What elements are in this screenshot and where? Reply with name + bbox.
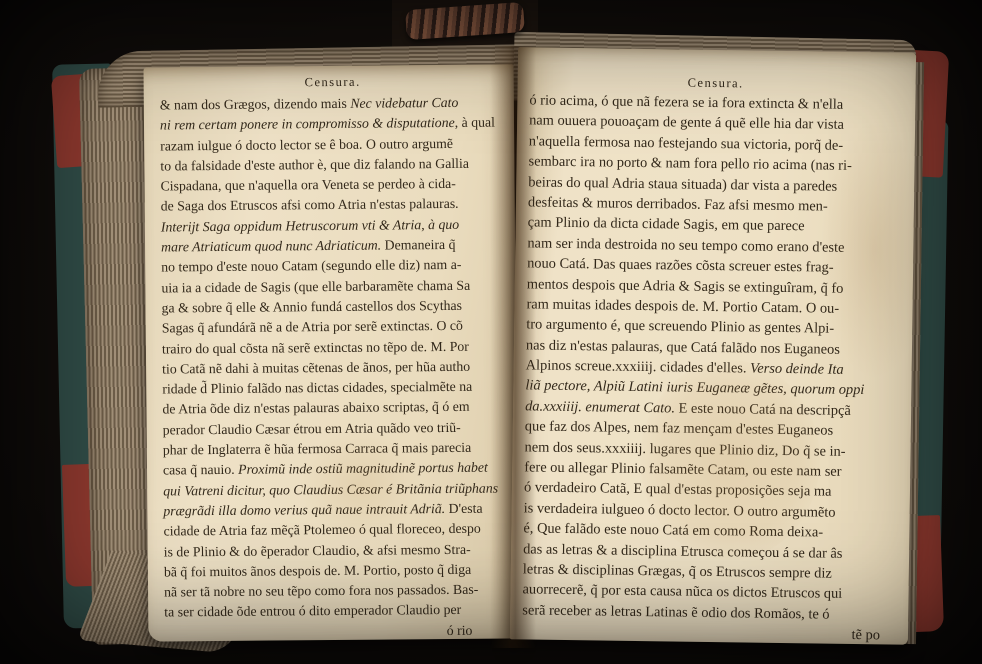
left-page-lines: & nam dos Grægos, dizendo mais Nec videb…: [160, 92, 511, 623]
text-segment: Sagas q̃ afundárã nẽ a de Atria por serẽ…: [162, 318, 463, 336]
text-segment: de Saga dos Etruscos afsi como Atria n'e…: [161, 196, 459, 214]
latin-quote-segment: mare Atriaticum quod nunc Adriaticum.: [161, 238, 381, 255]
text-segment: tro argumento é, que screuendo Plinio as…: [526, 317, 834, 337]
text-segment: to da falsidade d'este author è, que diz…: [160, 156, 469, 174]
text-segment: is verdadeira iulgueo ó docto lector. O …: [524, 500, 836, 520]
latin-quote-segment: liã pectore, Alpiũ Latini iuris Euganeæ …: [525, 378, 864, 399]
text-segment: ridade d̃ Plinio falãdo nas dictas cidad…: [162, 379, 472, 397]
text-segment: D'esta: [445, 501, 482, 516]
latin-quote-segment: ni rem certam ponere in compromisso & di…: [160, 115, 455, 133]
text-segment: serã receber as letras Latinas ẽ odio do…: [522, 602, 829, 622]
text-line: ni rem certam ponere in compromisso & di…: [160, 113, 506, 136]
book-photo-scene: Censura. & nam dos Grægos, dizendo mais …: [0, 0, 982, 664]
text-segment: casa q̃ nauio.: [163, 462, 238, 478]
text-segment: fere ou allegar Plinio falsamẽte Catam, …: [524, 459, 841, 479]
text-segment: bã q̃ foi muitos ãnos despois de. M. Por…: [164, 562, 471, 580]
running-header-left: Censura.: [160, 72, 506, 91]
latin-quote-segment: Proximũ inde ostiũ magnitudinẽ portus ha…: [238, 460, 488, 477]
text-line: cidade de Atria faz mẽçã Ptolemeo ó qual…: [163, 519, 509, 542]
text-segment: letras & disciplinas Grægas, q̃ os Etrus…: [523, 561, 832, 581]
text-segment: uia ia a cidade de Sagis (que elle barba…: [161, 277, 470, 295]
latin-quote-segment: prægrãdi illa domo verius quã naue intra…: [163, 501, 445, 518]
text-segment: E este nouo Catá na descripçã: [675, 400, 851, 418]
right-page: Censura. ó rio acima, ó que nã fezera se…: [510, 47, 916, 644]
text-segment: perador Claudio Cæsar étrou em Atria quã…: [163, 420, 461, 438]
text-segment: nam ser inda destroida no seu tempo como…: [527, 235, 844, 255]
text-segment: Cispadana, que n'aquella ora Veneta se p…: [160, 176, 455, 194]
latin-quote-segment: qui Vatreni dicitur, quo Claudius Cæsar …: [163, 480, 498, 498]
text-segment: is de Plinio & do ẽperador Claudio, & af…: [164, 541, 471, 559]
text-segment: razam iulgue ó docto lector se ê boa. O …: [160, 136, 453, 154]
text-segment: das as letras & a disciplina Etrusca com…: [523, 541, 842, 561]
left-page: Censura. & nam dos Grægos, dizendo mais …: [144, 64, 519, 641]
text-line: Sagas q̃ afundárã nẽ a de Atria por serẽ…: [162, 316, 508, 339]
text-segment: de Atria õde diz n'estas palauras abaixo…: [162, 399, 469, 417]
text-segment: nouo Catá. Das quaes razões cõsta screue…: [527, 256, 834, 276]
text-segment: phar de Inglaterra ẽ hũa fermosa Carraca…: [163, 440, 471, 458]
text-segment: mentos despois que Adria & Sagis se exti…: [527, 276, 844, 296]
text-line: no tempo d'este nouo Catam (segundo elle…: [161, 255, 507, 278]
text-segment: auorrecerẽ, q̃ por esta causa nũca os di…: [522, 582, 842, 602]
text-segment: Demaneira q̃: [381, 237, 455, 253]
text-line: trairo do qual cõsta nã serẽ extinctas n…: [162, 336, 508, 359]
text-line: casa q̃ nauio. Proximũ inde ostiũ magnit…: [163, 458, 509, 481]
text-segment: n'aquella fermosa nao festejando sua vic…: [529, 133, 843, 153]
catchword-right: tẽ po: [522, 621, 894, 645]
right-page-lines: ó rio acima, ó que nã fezera se ia fora …: [522, 90, 901, 625]
latin-quote-segment: Interijt Saga oppidum Hetruscorum vti & …: [161, 217, 459, 235]
text-segment: , à qual: [455, 115, 495, 130]
text-line: de Atria õde diz n'estas palauras abaixo…: [162, 397, 508, 420]
latin-quote-segment: da.xxxiiij. enumerat Cato.: [525, 398, 675, 416]
text-segment: trairo do qual cõsta nã serẽ extinctas n…: [162, 338, 469, 356]
text-segment: nam ouuera pouoaçam de gente á quẽ elle …: [529, 113, 844, 133]
text-segment: ó rio acima, ó que nã fezera se ia fora …: [529, 92, 843, 112]
text-line: is de Plinio & do ẽperador Claudio, & af…: [164, 539, 510, 562]
text-segment: nem dos seus.xxxiiij. lugares que Plinio…: [524, 439, 845, 459]
text-segment: tio Catã nẽ dahi à muitas cẽtenas de ãno…: [162, 359, 470, 377]
latin-quote-segment: Nec videbatur Cato: [350, 95, 458, 111]
text-segment: Alpinos screue.xxxiiij. cidades d'elles.: [526, 357, 751, 376]
text-segment: & nam dos Grægos, dizendo mais: [160, 96, 351, 113]
text-segment: ó verdadeiro Catã, E qual d'estas propos…: [524, 480, 832, 500]
text-line: de Saga dos Etruscos afsi como Atria n'e…: [161, 194, 507, 217]
left-page-text: Censura. & nam dos Grægos, dizendo mais …: [144, 64, 519, 641]
text-segment: que faz dos Alpes, nem faz mençam d'este…: [525, 419, 833, 439]
right-page-text: Censura. ó rio acima, ó que nã fezera se…: [510, 47, 916, 644]
text-segment: é, Que falãdo este nouo Catá em como Rom…: [523, 521, 823, 541]
text-segment: ram muitas idades despois de. M. Portio …: [526, 296, 839, 316]
text-segment: sembarc ira no porto & nam fora pello ri…: [528, 154, 851, 175]
text-segment: nã ser tã nobre no seu tẽpo como fora no…: [164, 582, 478, 600]
text-segment: ta ser cidade õde entrou ó dito emperado…: [164, 602, 461, 620]
text-segment: beiras do qual Adria staua situada) dar …: [528, 174, 837, 194]
text-segment: ga & sobre q̃ elle & Annio fundá castell…: [162, 298, 463, 316]
latin-quote-segment: Verso deinde Ita: [750, 361, 844, 378]
text-segment: no tempo d'este nouo Catam (segundo elle…: [161, 257, 461, 275]
text-line: ta ser cidade õde entrou ó dito emperado…: [164, 600, 510, 623]
text-segment: nas diz n'estas palauras, que Catá falãd…: [526, 337, 840, 357]
text-segment: cidade de Atria faz mẽçã Ptolemeo ó qual…: [163, 521, 480, 539]
text-segment: desfeitas & muros derribados. Faz afsi m…: [528, 194, 828, 214]
catchword-left: ó rio: [164, 620, 510, 641]
text-segment: çam Plinio da dicta cidade Sagis, em que…: [528, 215, 805, 235]
